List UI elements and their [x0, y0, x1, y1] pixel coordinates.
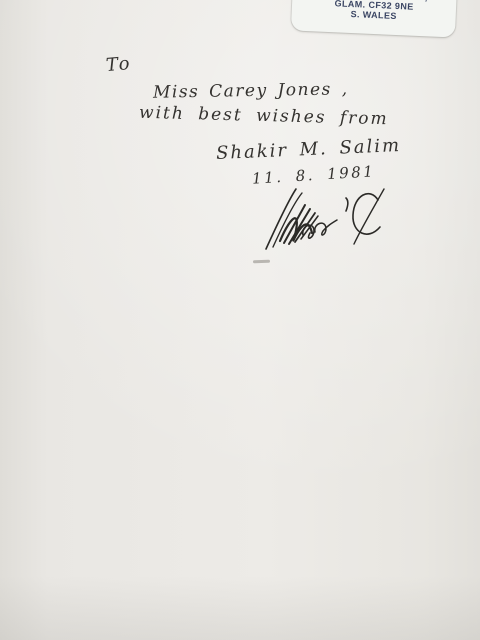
inscription-salutation: To	[105, 53, 132, 76]
signature-scribble	[258, 183, 386, 253]
inscription-recipient: Miss Carey Jones ,	[153, 79, 349, 102]
inscription-signer-name: Shakir M. Salim	[216, 135, 402, 164]
book-page-photo: SARN, NR. BRIDGEND, GLAM. CF32 9NE S. WA…	[0, 0, 480, 640]
inscription-greeting: with best wishes from	[139, 103, 389, 130]
pencil-dash-mark	[253, 260, 270, 264]
address-label-sticker: SARN, NR. BRIDGEND, GLAM. CF32 9NE S. WA…	[291, 0, 457, 38]
